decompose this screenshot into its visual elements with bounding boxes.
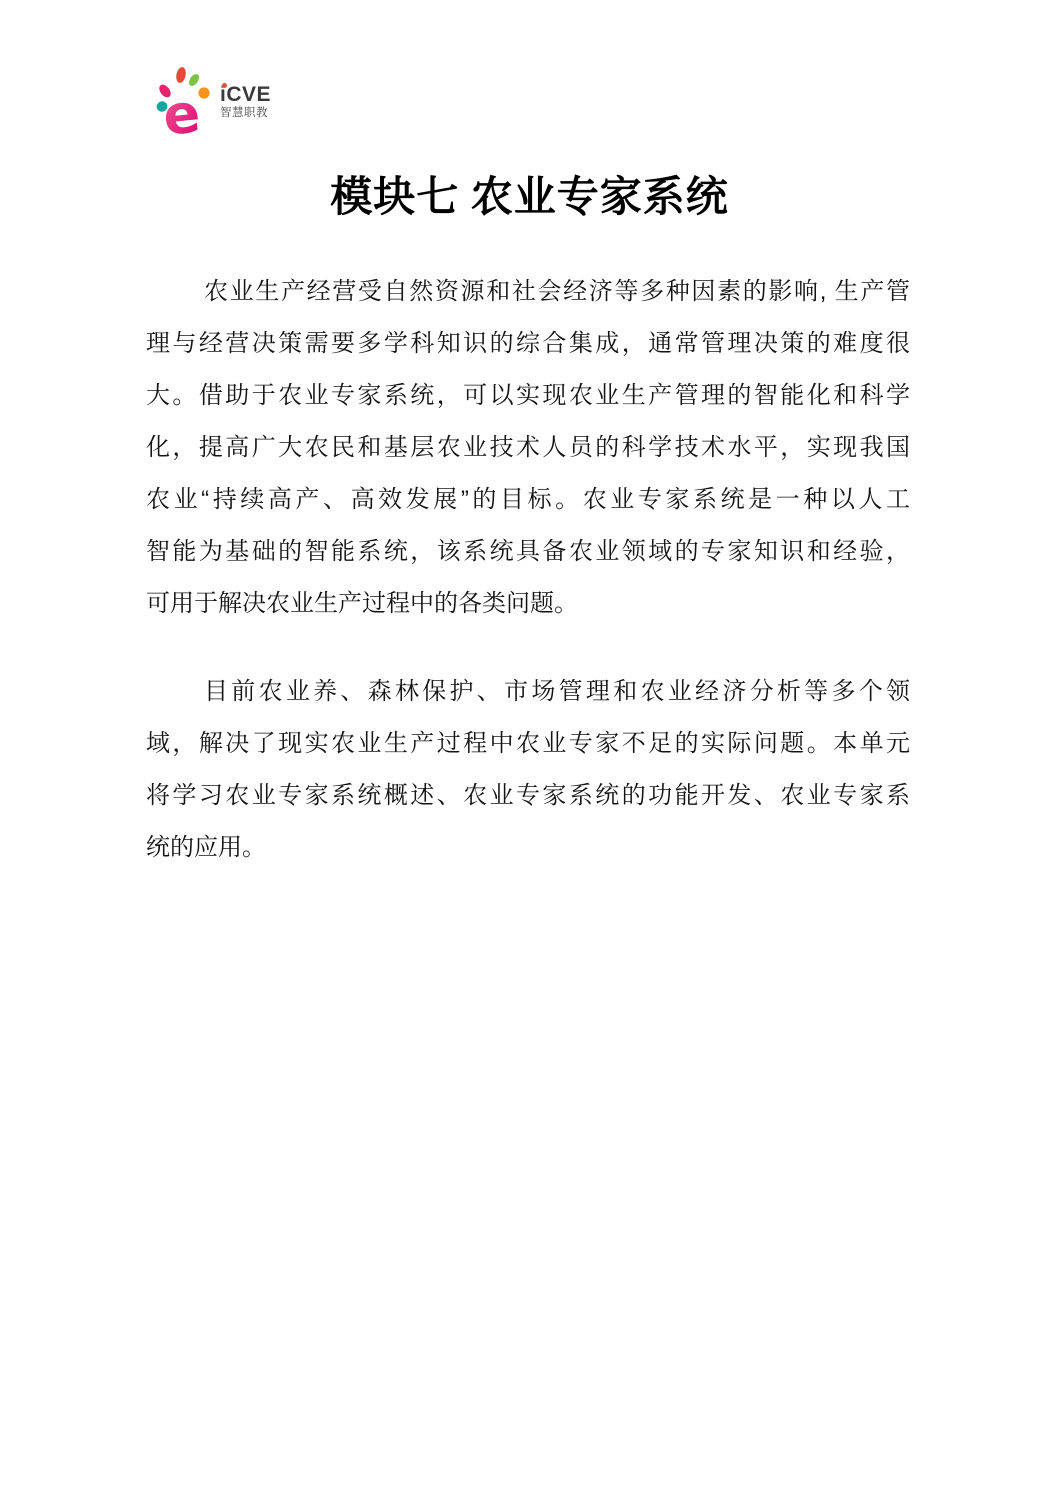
paragraph-line: 将学习农业专家系统概述、农业专家系统的功能开发、农业专家系 [146, 770, 910, 822]
document-page: e iCVE 智慧职教 模块七 农业专家系统 农业生产经营受自然资源和社会经济等… [0, 0, 1059, 1497]
paragraph-line: 智能为基础的智能系统，该系统具备农业领域的专家知识和经验， [146, 526, 910, 578]
logo-text: iCVE 智慧职教 [220, 84, 271, 120]
brand-subtitle: 智慧职教 [220, 107, 271, 120]
paragraph-line: 目前农业养、森林保护、市场管理和农业经济分析等多个领 [146, 666, 910, 718]
petal-red [175, 66, 187, 84]
brand-logo: e iCVE 智慧职教 [150, 60, 271, 138]
paragraph-line: 农业“持续高产、高效发展”的目标。农业专家系统是一种以人工 [146, 474, 910, 526]
logo-e-glyph: e [160, 81, 203, 138]
paragraph-line: 大。借助于农业专家系统，可以实现农业生产管理的智能化和科学 [146, 370, 910, 422]
petal-orange-dot [198, 87, 209, 98]
paragraph-2: 目前农业养、森林保护、市场管理和农业经济分析等多个领 域，解决了现实农业生产过程… [146, 666, 910, 874]
brand-name: iCVE [220, 84, 271, 105]
paragraph-1: 农业生产经营受自然资源和社会经济等多种因素的影响, 生产管 理与经营决策需要多学… [146, 266, 910, 630]
paragraph-line: 可用于解决农业生产过程中的各类问题。 [146, 578, 910, 630]
body-text: 农业生产经营受自然资源和社会经济等多种因素的影响, 生产管 理与经营决策需要多学… [146, 266, 910, 874]
paragraph-line: 化，提高广大农民和基层农业技术人员的科学技术水平，实现我国 [146, 422, 910, 474]
paragraph-line: 农业生产经营受自然资源和社会经济等多种因素的影响, 生产管 [146, 266, 910, 318]
paragraph-line: 统的应用。 [146, 822, 910, 874]
logo-flower-icon: e [150, 60, 214, 138]
paragraph-line: 域，解决了现实农业生产过程中农业专家不足的实际问题。本单元 [146, 718, 910, 770]
brand-i-dot-icon [222, 83, 227, 88]
page-title: 模块七 农业专家系统 [0, 172, 1059, 224]
paragraph-line: 理与经营决策需要多学科知识的综合集成，通常管理决策的难度很 [146, 318, 910, 370]
